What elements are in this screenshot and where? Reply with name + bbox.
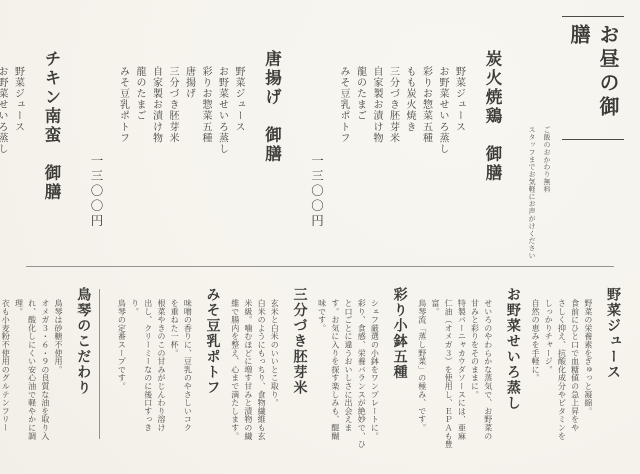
description-line: 鳥琴流「蒸し野菜」の極み、です。 — [416, 299, 428, 472]
description-line: 味噌の香りに、豆乳のやさしいコク — [181, 299, 193, 472]
detail-haigamai: 三分づき胚芽米 玄米と白米のいいとこ取り。 白米のようにもっちり、食物繊維も玄 … — [228, 287, 309, 472]
set-menu-price: 一三〇〇円 — [308, 154, 326, 266]
description-line: 彩り、食感、栄養バランスが絶妙で、ひ — [355, 299, 367, 472]
menu-item: 彩りお惣菜五種 — [198, 66, 213, 266]
set-menu-section: お昼の御膳 ご飯のおかわり無料 スタッフまでお気軽にお声がけください 炭火焼鶏 … — [0, 0, 640, 266]
concept-title: 鳥琴のこだわり — [72, 287, 92, 472]
set-menu-name: チキン南蛮 御膳 — [39, 50, 63, 266]
page-title: お昼の御膳 — [562, 16, 624, 140]
menu-item: みそ豆乳ポトフ — [336, 66, 351, 266]
description-line: さしく抑え、抗酸化成分やビタミンを — [555, 299, 567, 472]
set-menu-name: 唐揚げ 御膳 — [260, 50, 284, 266]
menu-item: 龍のたまご — [353, 66, 368, 266]
set-menu-karaage: 唐揚げ 御膳 野菜ジュース お野菜せいろ蒸し 彩りお惣菜五種 唐揚げ 三分づき胚… — [85, 14, 284, 266]
dish-description: せいろのやわらかな蒸気で、お野菜の 甘みと彩りをそのままに。 特製バーニャカウダ… — [415, 299, 495, 472]
menu-notes: ご飯のおかわり無料 スタッフまでお気軽にお声がけください — [524, 126, 555, 266]
menu-item: 三分づき胚芽米 — [165, 66, 180, 266]
menu-item: 彩りお惣菜五種 — [419, 66, 434, 266]
description-line: 仁油（オメガ３）を使用し、ＥＰＡも豊 — [442, 299, 454, 472]
description-line: 玄米と白米のいいとこ取り。 — [268, 299, 280, 472]
description-line: 自然の恵みを手軽に。 — [529, 299, 541, 472]
menu-item: もも炭火焼き — [402, 66, 417, 266]
description-line: 衣も小麦粉不使用のグルテンフリー — [0, 299, 11, 472]
description-line: り。 — [129, 299, 141, 472]
dish-description: 味噌の香りに、豆乳のやさしいコク を重ねた一杯。 根菜やきのこの甘みがじんわり溶… — [114, 299, 194, 472]
description-line: 白米のようにもっちり、食物繊維も玄 — [255, 299, 267, 472]
menu-item: お野菜せいろ蒸し — [215, 66, 230, 266]
description-line: 米級。噛むほどに増す甘みと漬物の繊 — [242, 299, 254, 472]
menu-item: お野菜せいろ蒸し — [0, 66, 9, 266]
note-line: ご飯のおかわり無料 — [540, 126, 554, 266]
set-menu-name: 炭火焼鶏 御膳 — [480, 50, 504, 266]
description-line: 富。 — [429, 299, 441, 472]
description-line: 特製バーニャカウダソースには、亜麻 — [455, 299, 467, 472]
concept-description: 鳥琴は砂糖不使用。 オメガ３・６・９の良質な油を取り入 れ、酸化しにくい安心油で… — [0, 299, 65, 472]
set-menu-items: 野菜ジュース お野菜せいろ蒸し 彩りお惣菜五種 唐揚げ 三分づき胚芽米 自家製お… — [114, 66, 248, 266]
menu-item: 野菜ジュース — [452, 66, 467, 266]
note-line: スタッフまでお気軽にお声がけください — [525, 126, 539, 266]
menu-item: 唐揚げ — [182, 66, 197, 266]
set-menu-sumibiyakidori: 炭火焼鶏 御膳 野菜ジュース お野菜せいろ蒸し 彩りお惣菜五種 もも炭火焼き 三… — [306, 14, 505, 266]
description-line: 根菜やきのこの甘みがじんわり溶け — [155, 299, 167, 472]
description-line: と口ごとに違うおいしさに出会えま — [342, 299, 354, 472]
menu-item: 龍のたまご — [132, 66, 147, 266]
menu-item: 野菜ジュース — [231, 66, 246, 266]
lunch-menu-page: お昼の御膳 ご飯のおかわり無料 スタッフまでお気軽にお声がけください 炭火焼鶏 … — [0, 0, 640, 474]
set-menu-items: 野菜ジュース お野菜せいろ蒸し 彩りお惣菜五種 チキン南蛮 三分づき胚芽米 自家… — [0, 66, 27, 266]
dish-name: 三分づき胚芽米 — [288, 287, 308, 472]
concept-torikoto-kodawari: 鳥琴のこだわり 鳥琴は砂糖不使用。 オメガ３・６・９の良質な油を取り入 れ、酸化… — [0, 287, 92, 472]
description-line: 食前にひと口で血糖値の急上昇をや — [569, 299, 581, 472]
menu-item: 自家製お漬け物 — [369, 66, 384, 266]
detail-kobachi: 彩り小鉢五種 シェフ厳選の小鉢をワンプレートに。 彩り、食感、栄養バランスが絶妙… — [314, 287, 408, 472]
dish-name: お野菜せいろ蒸し — [502, 287, 522, 472]
menu-item: みそ豆乳ポトフ — [116, 66, 131, 266]
dish-description: 野菜の栄養素をぎゅっと凝縮。 食前にひと口で血糖値の急上昇をや さしく抑え、抗酸… — [528, 299, 595, 472]
dish-name: 彩り小鉢五種 — [389, 287, 409, 472]
dish-description: シェフ厳選の小鉢をワンプレートに。 彩り、食感、栄養バランスが絶妙で、ひ と口ご… — [314, 299, 381, 472]
description-line: 維で腸内を整え、心まで満たします。 — [229, 299, 241, 472]
description-line: しっかりチャージ。 — [542, 299, 554, 472]
menu-item: 自家製お漬け物 — [149, 66, 164, 266]
description-line: 甘みと彩りをそのままに。 — [469, 299, 481, 472]
menu-item: お野菜せいろ蒸し — [435, 66, 450, 266]
detail-miso-potofu: みそ豆乳ポトフ 味噌の香りに、豆乳のやさしいコク を重ねた一杯。 根菜やきのこの… — [114, 287, 221, 472]
dish-detail-section: 野菜ジュース 野菜の栄養素をぎゅっと凝縮。 食前にひと口で血糖値の急上昇をや さ… — [0, 267, 640, 472]
description-line: 理。 — [12, 299, 24, 472]
description-line: せいろのやわらかな蒸気で、お野菜の — [482, 299, 494, 472]
description-line: 鳥琴の定番スープです。 — [115, 299, 127, 472]
menu-item: 野菜ジュース — [11, 66, 26, 266]
description-line: 野菜の栄養素をぎゅっと凝縮。 — [582, 299, 594, 472]
dish-name: 野菜ジュース — [602, 287, 622, 472]
description-line: 鳥琴は砂糖不使用。 — [52, 299, 64, 472]
dish-name: みそ豆乳ポトフ — [202, 287, 222, 472]
description-line: シェフ厳選の小鉢をワンプレートに。 — [368, 299, 380, 472]
set-menu-items: 野菜ジュース お野菜せいろ蒸し 彩りお惣菜五種 もも炭火焼き 三分づき胚芽米 自… — [335, 66, 469, 266]
menu-item: 三分づき胚芽米 — [386, 66, 401, 266]
description-line: 味です。 — [316, 299, 328, 472]
description-line: す。お気に入りを探す楽しみも、醍醐 — [329, 299, 341, 472]
vertical-divider — [99, 289, 100, 439]
set-menu-chicken-nanban: チキン南蛮 御膳 野菜ジュース お野菜せいろ蒸し 彩りお惣菜五種 チキン南蛮 三… — [0, 14, 63, 266]
detail-yasai-juice: 野菜ジュース 野菜の栄養素をぎゅっと凝縮。 食前にひと口で血糖値の急上昇をや さ… — [528, 287, 622, 472]
description-line: を重ねた一杯。 — [168, 299, 180, 472]
set-menu-price: 一三〇〇円 — [87, 154, 105, 266]
detail-seiro-mushi: お野菜せいろ蒸し せいろのやわらかな蒸気で、お野菜の 甘みと彩りをそのままに。 … — [415, 287, 522, 472]
description-line: 出し、クリーミーなのに後口すっき — [142, 299, 154, 472]
description-line: れ、酸化しにくい安心油で軽やかに調 — [26, 299, 38, 472]
menu-title-group: お昼の御膳 ご飯のおかわり無料 スタッフまでお気軽にお声がけください — [524, 14, 624, 266]
description-line: オメガ３・６・９の良質な油を取り入 — [39, 299, 51, 472]
dish-description: 玄米と白米のいいとこ取り。 白米のようにもっちり、食物繊維も玄 米級。噛むほどに… — [228, 299, 282, 472]
